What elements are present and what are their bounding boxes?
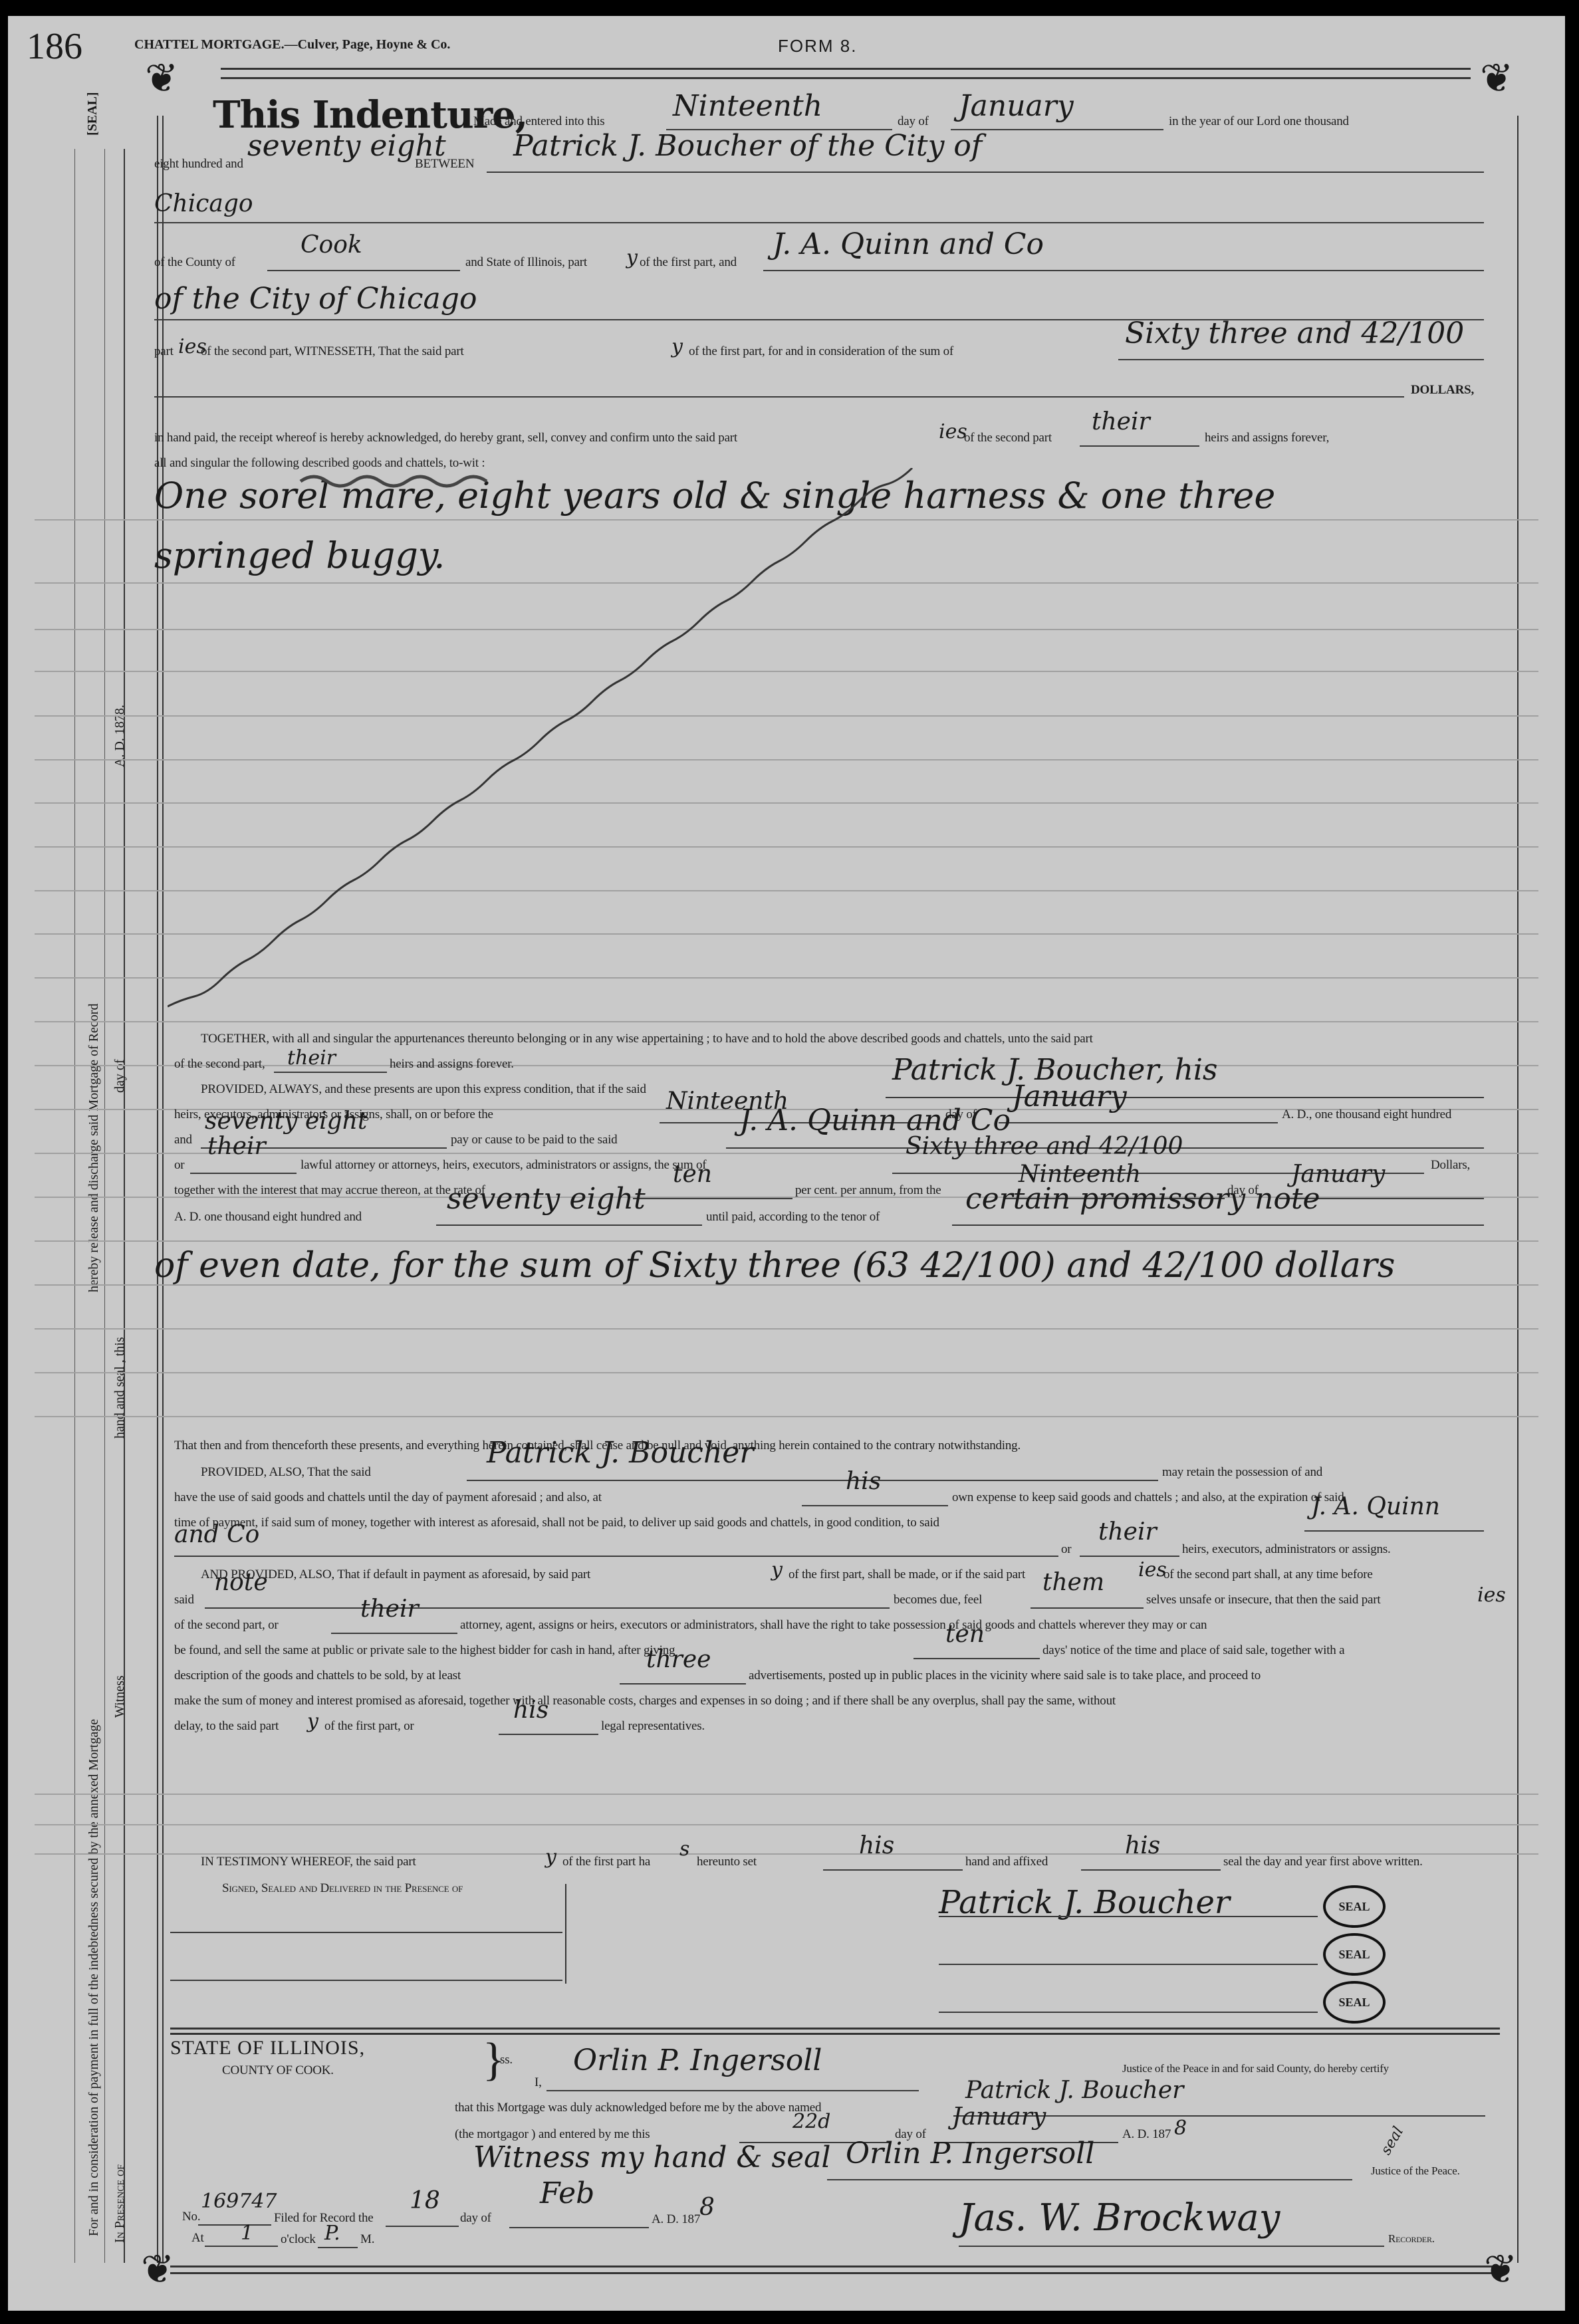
- second-part-text: of the second part shall, at any time be…: [1163, 1568, 1373, 1582]
- second-part-or: of the second part, or: [174, 1618, 279, 1633]
- ads-text: advertisements, posted up in public plac…: [749, 1669, 1261, 1683]
- day-of-label: day of: [460, 2211, 491, 2226]
- and-label: and: [174, 1133, 192, 1147]
- corner-ornament-icon: ❦: [141, 2250, 174, 2289]
- justice-label: Justice of the Peace.: [1371, 2164, 1460, 2178]
- seal-field[interactable]: his: [1125, 1832, 1160, 1859]
- seal-note: seal: [1378, 2124, 1407, 2158]
- publisher-header: CHATTEL MORTGAGE.—Culver, Page, Hoyne & …: [134, 37, 450, 53]
- i-label: I,: [535, 2075, 542, 2090]
- day-field[interactable]: Ninteenth: [673, 89, 822, 123]
- signed-sealed-label: Signed, Sealed and Delivered in the Pres…: [222, 1881, 463, 1896]
- until-text: until paid, according to the tenor of: [706, 1210, 880, 1224]
- consideration-text: of the first part, for and in considerat…: [689, 344, 953, 359]
- their-field[interactable]: their: [207, 1133, 266, 1160]
- due-month-field[interactable]: January: [1012, 1080, 1127, 1113]
- days-text: days' notice of the time and place of sa…: [1042, 1643, 1344, 1658]
- witness-hand-seal[interactable]: Witness my hand & seal: [473, 2141, 830, 2174]
- found-text: be found, and sell the same at public or…: [174, 1643, 675, 1658]
- use-text: have the use of said goods and chattels …: [174, 1490, 602, 1505]
- of-second-label: of the second part,: [174, 1057, 265, 1072]
- part-suffix[interactable]: y: [671, 335, 683, 358]
- agent-field[interactable]: their: [360, 1595, 419, 1623]
- ha-suffix[interactable]: s: [679, 1837, 689, 1861]
- month-field[interactable]: January: [959, 89, 1074, 123]
- first-part-ha: of the first part ha: [562, 1855, 650, 1869]
- selves-field[interactable]: them: [1042, 1569, 1104, 1596]
- hand-field[interactable]: his: [859, 1832, 894, 1859]
- hand-seal-label: hand and seal , this: [112, 1337, 128, 1439]
- second-party-field[interactable]: J. A. Quinn and Co: [773, 227, 1044, 261]
- second-part-label: of the second part: [964, 431, 1052, 445]
- or-label: or: [1061, 1542, 1071, 1557]
- default-instrument-field[interactable]: note: [214, 1569, 268, 1596]
- ad-text: A. D. one thousand eight hundred and: [174, 1210, 362, 1224]
- no-label: No.: [182, 2210, 200, 2224]
- description-text: description of the goods and chattels to…: [174, 1669, 461, 1683]
- retain-text: may retain the possession of and: [1162, 1465, 1322, 1480]
- legal-text: legal representatives.: [601, 1719, 705, 1734]
- part-suffix[interactable]: ies: [939, 420, 967, 443]
- first-party-cont[interactable]: Chicago: [154, 190, 253, 217]
- deliver-their-field[interactable]: their: [1098, 1518, 1157, 1546]
- witnesseth-text: of the second part, WITNESSETH, That the…: [201, 344, 464, 359]
- form-number: FORM 8.: [778, 36, 857, 57]
- unsafe-text: selves unsafe or insecure, that then the…: [1146, 1593, 1380, 1607]
- first-party-field[interactable]: Patrick J. Boucher of the City of: [513, 129, 982, 163]
- ss-label: ss.: [500, 2053, 513, 2067]
- attorney-text: attorney, agent, assigns or heirs, execu…: [460, 1618, 1207, 1633]
- filed-month-field[interactable]: Feb: [540, 2176, 594, 2210]
- justice-signature[interactable]: Orlin P. Ingersoll: [846, 2137, 1094, 2170]
- oclock-label: o'clock: [281, 2232, 316, 2247]
- filed-hour-field[interactable]: 1: [241, 2222, 253, 2245]
- between-label: BETWEEN: [415, 157, 474, 172]
- ads-count-field[interactable]: three: [646, 1646, 711, 1673]
- ack-year-digit[interactable]: 8: [1174, 2117, 1187, 2140]
- expense-field[interactable]: his: [846, 1468, 881, 1495]
- filed-text: Filed for Record the: [274, 2211, 374, 2226]
- together-heirs-field[interactable]: their: [287, 1046, 336, 1070]
- make-text: make the sum of money and interest promi…: [174, 1694, 1116, 1708]
- recorder-signature[interactable]: Jas. W. Brockway: [959, 2196, 1280, 2240]
- part-suffix[interactable]: y: [307, 1710, 318, 1733]
- release-text: For and in consideration of payment in f…: [86, 1719, 102, 2236]
- rate-field[interactable]: ten: [673, 1161, 712, 1188]
- first-part-or: of the first part, or: [324, 1719, 414, 1734]
- sum-field[interactable]: Sixty three and 42/100: [1125, 316, 1464, 350]
- page-number: 186: [27, 25, 82, 68]
- said-label: said: [174, 1593, 194, 1607]
- heirs-text: heirs and assigns forever,: [1205, 431, 1329, 445]
- county-heading: COUNTY OF COOK.: [222, 2063, 334, 2078]
- m-label: M.: [360, 2232, 374, 2247]
- first-part-and: of the first part, and: [640, 255, 737, 270]
- provided-always-text: PROVIDED, ALWAYS, and these presents are…: [201, 1082, 646, 1097]
- ad-label: A. D. 187: [652, 2212, 700, 2227]
- hereunto-text: hereunto set: [697, 1855, 757, 1869]
- part-suffix[interactable]: ies: [1138, 1558, 1167, 1581]
- part-suffix[interactable]: y: [545, 1845, 556, 1869]
- county-label: of the County of: [154, 255, 235, 270]
- time-text: time of payment, if said sum of money, t…: [174, 1516, 939, 1530]
- interest-text: together with the interest that may accr…: [174, 1183, 485, 1198]
- due-year-field[interactable]: seventy eight: [205, 1107, 367, 1135]
- part-suffix[interactable]: ies: [1477, 1583, 1506, 1607]
- per-cent-text: per cent. per annum, from the: [795, 1183, 941, 1198]
- release-tail: hereby release and discharge said Mortga…: [86, 1004, 102, 1292]
- or-label: or: [174, 1158, 184, 1173]
- ad-text: A. D., one thousand eight hundred: [1282, 1107, 1451, 1122]
- hand-affixed-text: hand and affixed: [965, 1855, 1048, 1869]
- seal-badge: SEAL: [1323, 1981, 1386, 2024]
- seal-badge: SEAL: [1323, 1933, 1386, 1976]
- seal-badge: SEAL: [1323, 1885, 1386, 1928]
- year-text: in the year of our Lord one thousand: [1169, 114, 1349, 129]
- cancel-line-icon: [168, 468, 1364, 1020]
- recorder-label: Recorder.: [1388, 2232, 1435, 2246]
- dollars-label: Dollars,: [1431, 1158, 1470, 1173]
- deliver-to-field[interactable]: J. A. Quinn: [1311, 1493, 1440, 1520]
- first-part-text: of the first part, shall be made, or if …: [789, 1568, 1025, 1582]
- tenor-cont[interactable]: of even date, for the sum of Sixty three…: [154, 1246, 1395, 1286]
- eight-hundred-label: eight hundred and: [154, 157, 243, 172]
- notice-days-field[interactable]: ten: [945, 1621, 985, 1648]
- second-party-cont[interactable]: of the City of Chicago: [154, 282, 477, 316]
- dollars-label: DOLLARS,: [1411, 383, 1474, 398]
- receipt-text: in hand paid, the receipt whereof is her…: [154, 431, 737, 445]
- part-label: part: [154, 344, 174, 359]
- made-entered-label: Made and entered into this: [473, 114, 604, 129]
- at-label: At: [191, 2231, 204, 2246]
- witness-label: Witness: [112, 1675, 128, 1718]
- state-text: and State of Illinois, part: [465, 255, 587, 270]
- principal-field[interactable]: Sixty three and 42/100: [906, 1133, 1183, 1160]
- retainer-field[interactable]: Patrick J. Boucher: [487, 1436, 753, 1470]
- until-year-field[interactable]: seventy eight: [447, 1182, 646, 1216]
- day-of-label: day of: [898, 114, 929, 129]
- expense-text: own expense to keep said goods and chatt…: [952, 1490, 1344, 1505]
- seal-text: seal the day and year first above writte…: [1223, 1855, 1423, 1869]
- delay-text: delay, to the said part: [174, 1719, 279, 1734]
- heirs-field[interactable]: their: [1092, 408, 1150, 435]
- deliver-to-cont[interactable]: and Co: [174, 1521, 259, 1548]
- tenor-field[interactable]: certain promissory note: [965, 1182, 1320, 1216]
- mortgagor-label: (the mortgagor ) and entered by me this: [455, 2127, 650, 2142]
- in-presence-label: In Presence of: [112, 2164, 128, 2243]
- ack-day-field[interactable]: 22d: [792, 2110, 830, 2133]
- becomes-text: becomes due, feel: [894, 1593, 982, 1607]
- ad-label: A. D. 187: [1122, 2127, 1171, 2142]
- filed-year-digit[interactable]: 8: [699, 2194, 715, 2221]
- county-field[interactable]: Cook: [301, 231, 362, 259]
- together-text: TOGETHER, with all and singular the appu…: [201, 1032, 1093, 1046]
- mortgagor-field[interactable]: Patrick J. Boucher: [965, 2077, 1183, 2104]
- corner-ornament-icon: ❦: [145, 58, 178, 98]
- heirs-text: heirs, executors, administrators or assi…: [1182, 1542, 1391, 1557]
- pay-text: pay or cause to be paid to the said: [451, 1133, 617, 1147]
- part-suffix[interactable]: y: [771, 1558, 783, 1581]
- corner-ornament-icon: ❦: [1480, 58, 1513, 98]
- ack-month-field[interactable]: January: [952, 2103, 1046, 2131]
- filed-ampm-field[interactable]: P.: [324, 2222, 340, 2245]
- corner-ornament-icon: ❦: [1484, 2250, 1517, 2289]
- state-heading: STATE OF ILLINOIS,: [170, 2037, 365, 2059]
- testimony-text: IN TESTIMONY WHEREOF, the said part: [201, 1855, 416, 1869]
- lawful-text: lawful attorney or attorneys, heirs, exe…: [301, 1158, 706, 1173]
- mortgage-page: 186 CHATTEL MORTGAGE.—Culver, Page, Hoyn…: [8, 16, 1565, 2311]
- filed-day-field[interactable]: 18: [410, 2187, 440, 2214]
- heirs-text: heirs and assigns forever.: [390, 1057, 514, 1072]
- that-text: that this Mortgage was duly acknowledged…: [455, 2101, 821, 2115]
- legal-rep-field[interactable]: his: [513, 1696, 548, 1724]
- release-year: A. D. 1878.: [112, 705, 128, 767]
- justice-name-field[interactable]: Orlin P. Ingersoll: [573, 2043, 822, 2077]
- part-suffix[interactable]: y: [626, 246, 638, 269]
- provided-also-text: PROVIDED, ALSO, That the said: [201, 1465, 371, 1480]
- seal-label: [SEAL]: [85, 92, 100, 136]
- justice-text: Justice of the Peace in and for said Cou…: [1122, 2062, 1389, 2075]
- document-number-field[interactable]: 169747: [201, 2190, 277, 2213]
